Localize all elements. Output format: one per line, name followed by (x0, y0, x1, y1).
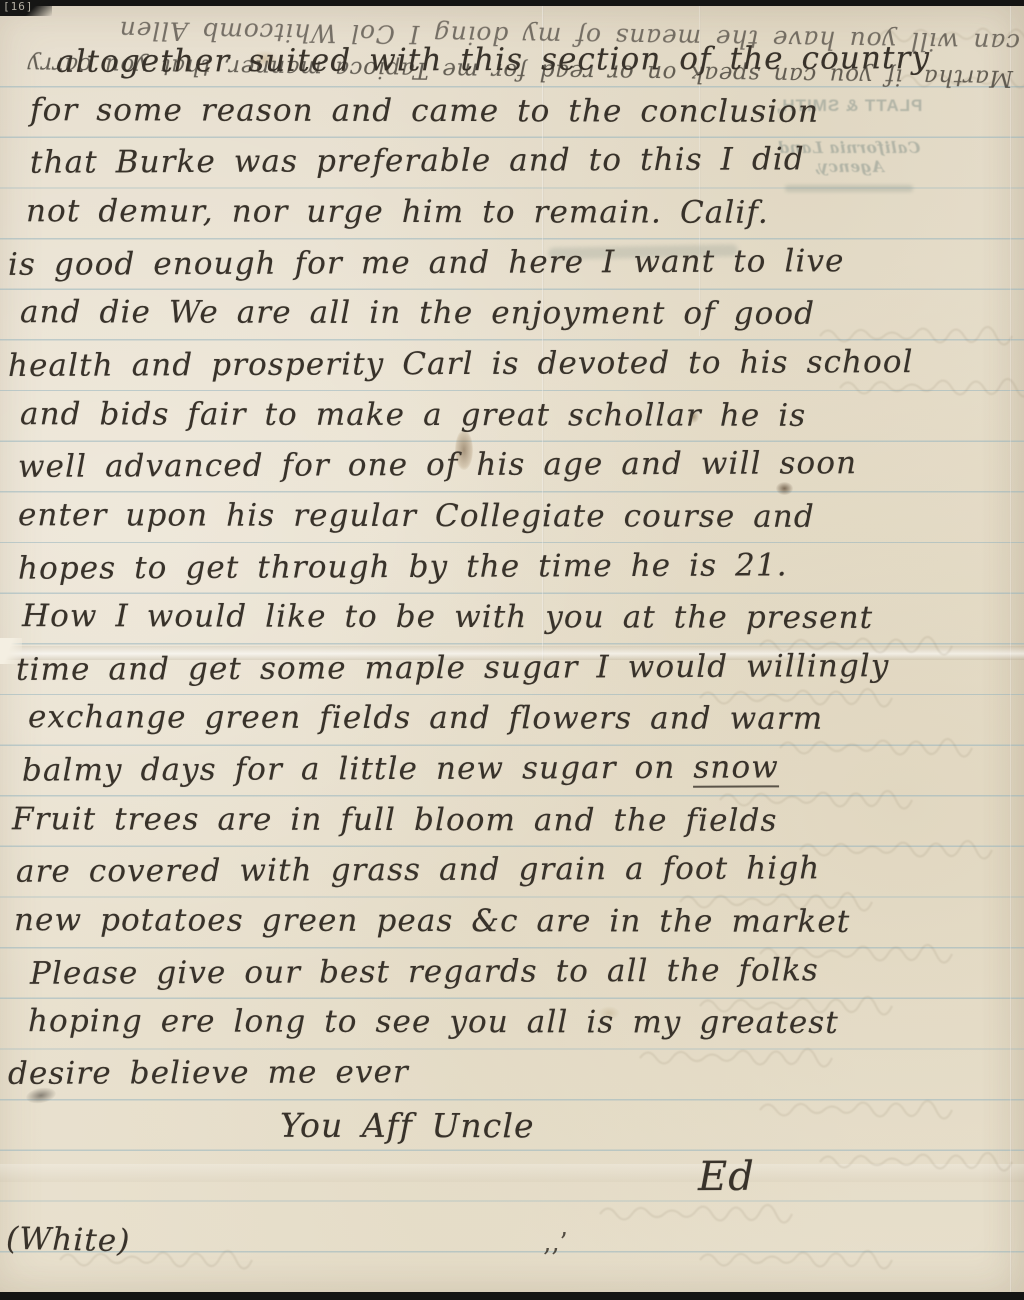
letter-line: and bids fair to make a great schollar h… (20, 396, 806, 444)
letter-line: desire believe me ever (8, 1054, 409, 1102)
letter-line: How I would like to be with you at the p… (22, 598, 873, 646)
horizontal-fold-crease (0, 1164, 1024, 1182)
letter-line: hoping ere long to see you all is my gre… (28, 1003, 839, 1051)
writer-annotation: (White) (6, 1221, 131, 1270)
letter-closing: You Aff Uncle (280, 1106, 535, 1153)
letter-line: for some reason and came to the conclusi… (30, 92, 819, 140)
letter-line: not demur, nor urge him to remain. Calif… (26, 193, 769, 241)
letter-line: altogether suited with this section of t… (56, 40, 930, 90)
letter-line: hopes to get through by the time he is 2… (18, 547, 788, 596)
letter-page: can will you have the means of my doing … (0, 6, 1024, 1292)
letter-line: Please give our best regards to all the … (30, 952, 819, 1001)
letter-line: Fruit trees are in full bloom and the fi… (12, 801, 778, 849)
letter-line: new potatoes green peas &c are in the ma… (14, 902, 850, 950)
underlined-word: snow (693, 749, 779, 787)
archive-page-number: [16] (3, 0, 34, 13)
letter-line: enter upon his regular Collegiate course… (18, 497, 815, 545)
letter-line: is good enough for me and here I want to… (8, 243, 845, 293)
stray-ink-marks: ‚‚’ (543, 1228, 568, 1258)
letter-line: health and prosperity Carl is devoted to… (8, 344, 914, 394)
letter-line: and die We are all in the enjoyment of g… (20, 294, 815, 342)
letter-line: that Burke was preferable and to this I … (30, 142, 805, 191)
letter-line: well advanced for one of his age and wil… (18, 445, 857, 495)
letter-line: time and get some maple sugar I would wi… (16, 648, 890, 698)
letter-line: exchange green fields and flowers and wa… (28, 700, 823, 748)
letter-signature: Ed (698, 1154, 755, 1200)
letter-line: are covered with grass and grain a foot … (16, 851, 821, 901)
letter-line: balmy days for a little new sugar on sno… (22, 749, 779, 798)
